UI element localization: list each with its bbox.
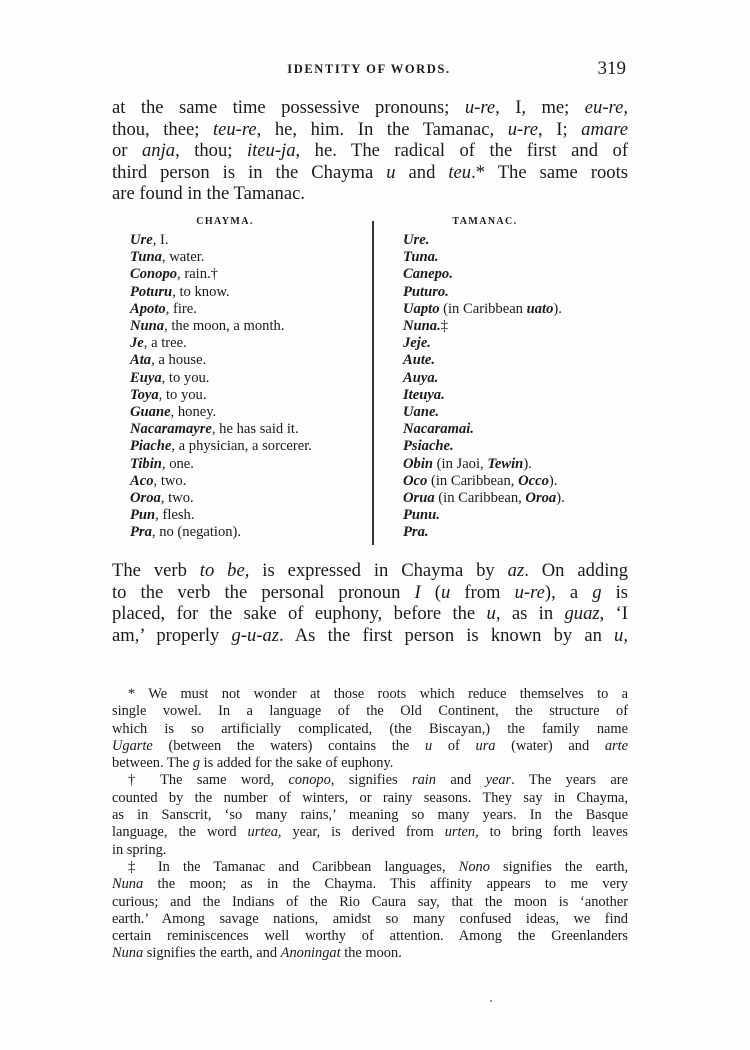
tamanac-word: Nacaramai. [403,421,474,437]
tamanac-word: Uapto [403,301,439,317]
paragraph-pronouns: at the same time possessive pronouns; u-… [112,97,628,205]
tamanac-word: Obin [403,456,433,472]
text-run: † The same word, [128,772,288,788]
italic-term: year [486,772,512,788]
tamanac-word: Ure. [403,232,429,248]
running-head: IDENTITY OF WORDS. [112,62,626,77]
tamanac-entry: Nuna.‡ [400,318,630,335]
text-run: third person is in the Chayma [112,162,386,183]
text-run: , signifies [331,772,412,788]
chayma-entry: Piache, a physician, a sorcerer. [130,438,370,455]
footnote-line: * We must not wonder at those roots whic… [112,686,628,703]
chayma-gloss: , the moon, a month. [164,318,284,334]
chayma-word: Pun [130,507,155,523]
chayma-word: Tibin [130,456,162,472]
italic-term: arte [605,738,628,754]
tamanac-word: Puturo. [403,284,449,300]
tamanac-entry: Uapto (in Caribbean uato). [400,301,630,318]
text-run: , he, him. In the Tamanac, [257,119,508,140]
chayma-word: Poturu [130,284,172,300]
text-run: , as in [496,603,565,624]
text-line: placed, for the sake of euphony, before … [112,603,628,625]
text-run: certain reminiscences well worthy of att… [112,928,628,944]
text-run: (between the waters) contains the [153,738,425,754]
italic-term: g-u-az [231,625,279,646]
text-run: language, the word [112,824,248,840]
footnote-line: as in Sanscrit, ‘so many rains,’ meaning… [112,807,628,824]
italic-term: Nuna [112,945,143,961]
tamanac-note: (in Caribbean, [427,473,518,489]
chayma-entry: Guane, honey. [130,404,370,421]
footnote-line: earth.’ Among savage nations, amidst so … [112,911,628,928]
text-run: , I, me; [495,97,585,118]
tamanac-word: Occo [518,473,549,489]
chayma-word: Piache [130,438,171,454]
footnote-line: curious; and the Indians of the Rio Caur… [112,894,628,911]
word-comparison-table: CHAYMA. Ure, I.Tuna, water.Conopo, rain.… [130,216,620,546]
text-run: as in Sanscrit, ‘so many rains,’ meaning… [112,807,628,823]
text-run: ( [421,582,441,603]
italic-term: conopo [288,772,330,788]
text-run: , is expressed in Chayma by [245,560,508,581]
text-run: in spring. [112,842,166,858]
text-run: , he. The radical of the first and of [296,140,629,161]
text-line: am,’ properly g-u-az. As the first perso… [112,625,628,647]
chayma-entry: Conopo, rain.† [130,266,370,283]
text-run: , to bring forth leaves [475,824,628,840]
italic-term: u [487,603,496,624]
chayma-entry: Nacaramayre, he has said it. [130,421,370,438]
italic-term: Anoningat [281,945,341,961]
text-line: are found in the Tamanac. [112,183,628,205]
italic-term: u [441,582,450,603]
italic-term: g [193,755,200,771]
text-run: .* The same roots [471,162,628,183]
tamanac-word: Auya. [403,370,438,386]
italic-term: ura [476,738,496,754]
chayma-gloss: , a house. [151,352,206,368]
text-run: and [436,772,486,788]
italic-term: u-re [508,119,538,140]
chayma-word: Je [130,335,144,351]
tamanac-entry: Uane. [400,404,630,421]
chayma-entry: Nuna, the moon, a month. [130,318,370,335]
text-run: ), a [545,582,592,603]
tamanac-word: Canepo. [403,266,453,282]
text-run: at the same time possessive pronouns; [112,97,465,118]
italic-term: u [614,625,623,646]
italic-term: Ugarte [112,738,153,754]
chayma-gloss: , to know. [172,284,229,300]
tamanac-entry: Ure. [400,232,630,249]
chayma-entry: Apoto, fire. [130,301,370,318]
text-run: thou, thee; [112,119,213,140]
chayma-gloss: , rain.† [177,266,218,282]
footnote-line: certain reminiscences well worthy of att… [112,928,628,945]
tamanac-note: ‡ [441,318,448,334]
chayma-column-header: CHAYMA. [130,216,320,232]
italic-term: amare [581,119,628,140]
italic-term: urten [445,824,475,840]
tamanac-word: Iteuya. [403,387,445,403]
chayma-word: Nacaramayre [130,421,212,437]
chayma-word: Nuna [130,318,164,334]
text-run: , [623,97,628,118]
chayma-gloss: , flesh. [155,507,194,523]
tamanac-word: Oco [403,473,427,489]
tamanac-entry: Auya. [400,370,630,387]
chayma-entry: Ure, I. [130,232,370,249]
chayma-entry: Je, a tree. [130,335,370,352]
italic-term: urtea [248,824,278,840]
footnote-line: between. The g is added for the sake of … [112,755,628,772]
tamanac-word: Tuna. [403,249,439,265]
text-run: between. The [112,755,193,771]
chayma-gloss: , a physician, a sorcerer. [171,438,312,454]
tamanac-word: Oroa [525,490,556,506]
text-run: from [450,582,514,603]
text-run: to the verb the personal pronoun [112,582,414,603]
italic-term: u-re [515,582,545,603]
chayma-gloss: , two. [154,473,187,489]
tamanac-entry: Aute. [400,352,630,369]
text-line: at the same time possessive pronouns; u-… [112,97,628,119]
tamanac-column-header: TAMANAC. [400,216,570,232]
paragraph-verb-to-be: The verb to be, is expressed in Chayma b… [112,560,628,646]
chayma-gloss: , honey. [171,404,217,420]
footnote-line: in spring. [112,842,628,859]
italic-term: anja [142,140,175,161]
tamanac-word: Tewin [487,456,523,472]
italic-term: Nuna [112,876,143,892]
tamanac-entry: Obin (in Jaoi, Tewin). [400,456,630,473]
text-run: is added for the sake of euphony. [200,755,393,771]
text-run: , year, is derived from [278,824,445,840]
italic-term: az [508,560,525,581]
tamanac-word: Orua [403,490,435,506]
chayma-word: Ure [130,232,153,248]
chayma-word: Apoto [130,301,166,317]
tamanac-note: (in Jaoi, [433,456,487,472]
footnote-line: single vowel. In a language of the Old C… [112,703,628,720]
tamanac-word: uato [527,301,554,317]
tamanac-note: ). [549,473,558,489]
footnote-line: ‡ In the Tamanac and Caribbean languages… [112,859,628,876]
italic-term: u [386,162,395,183]
text-run: ‡ In the Tamanac and Caribbean languages… [128,859,459,875]
tamanac-entry: Canepo. [400,266,630,283]
tamanac-note: (in Caribbean, [435,490,526,506]
text-run: . On adding [524,560,628,581]
text-line: The verb to be, is expressed in Chayma b… [112,560,628,582]
text-run: signifies the earth, [490,859,628,875]
text-run: . The years are [511,772,628,788]
tamanac-word: Nuna. [403,318,441,334]
book-page: IDENTITY OF WORDS. 319 at the same time … [0,0,750,1050]
text-run: the moon; as in the Chayma. This affinit… [143,876,628,892]
tamanac-entry: Jeje. [400,335,630,352]
chayma-entry: Toya, to you. [130,387,370,404]
text-run: (water) and [496,738,605,754]
tamanac-word: Pra. [403,524,429,540]
text-run: are found in the Tamanac. [112,183,305,204]
tamanac-entry: Punu. [400,507,630,524]
tamanac-note: ). [553,301,562,317]
text-run: , [623,625,628,646]
italic-term: guaz [564,603,599,624]
chayma-gloss: , two. [161,490,194,506]
tamanac-entry: Orua (in Caribbean, Oroa). [400,490,630,507]
text-run: single vowel. In a language of the Old C… [112,703,628,719]
text-run: is [602,582,629,603]
chayma-entry: Pun, flesh. [130,507,370,524]
tamanac-word: Punu. [403,507,440,523]
text-line: third person is in the Chayma u and teu.… [112,162,628,184]
chayma-entry: Euya, to you. [130,370,370,387]
chayma-entry: Oroa, two. [130,490,370,507]
chayma-entry: Poturu, to know. [130,284,370,301]
column-divider [372,221,374,545]
tamanac-word: Aute. [403,352,435,368]
chayma-word: Conopo [130,266,177,282]
italic-term: teu [448,162,471,183]
footnote-line: counted by the number of winters, or rai… [112,790,628,807]
text-run: , I; [538,119,581,140]
chayma-word: Euya [130,370,162,386]
text-run: earth.’ Among savage nations, amidst so … [112,911,628,927]
tamanac-word: Jeje. [403,335,431,351]
footnotes: * We must not wonder at those roots whic… [112,686,628,963]
footnote-line: Ugarte (between the waters) contains the… [112,738,628,755]
text-run: curious; and the Indians of the Rio Caur… [112,894,628,910]
tamanac-note: ). [523,456,532,472]
chayma-gloss: , water. [162,249,205,265]
tamanac-entry: Tuna. [400,249,630,266]
chayma-entry: Tuna, water. [130,249,370,266]
chayma-entry: Tibin, one. [130,456,370,473]
tamanac-entry: Puturo. [400,284,630,301]
chayma-column: CHAYMA. Ure, I.Tuna, water.Conopo, rain.… [130,216,370,542]
text-run: , thou; [175,140,247,161]
chayma-word: Toya [130,387,159,403]
italic-term: rain [412,772,436,788]
text-run: which is so artificially complicated, (t… [112,721,628,737]
chayma-gloss: , I. [153,232,169,248]
footnote-line: † The same word, conopo, signifies rain … [112,772,628,789]
italic-term: eu-re [585,97,624,118]
tamanac-word: Psiache. [403,438,454,454]
text-line: to the verb the personal pronoun I (u fr… [112,582,628,604]
chayma-entry: Pra, no (negation). [130,524,370,541]
footnote-line: language, the word urtea, year, is deriv… [112,824,628,841]
text-run: signifies the earth, and [143,945,280,961]
chayma-gloss: , to you. [162,370,210,386]
text-line: or anja, thou; iteu-ja, he. The radical … [112,140,628,162]
chayma-gloss: , no (negation). [152,524,241,540]
italic-term: g [592,582,601,603]
text-run: * We must not wonder at those roots whic… [128,686,628,702]
chayma-word: Aco [130,473,154,489]
chayma-gloss: , fire. [166,301,197,317]
text-run: and [396,162,449,183]
chayma-word: Oroa [130,490,161,506]
page-number: 319 [598,58,627,80]
chayma-entry: Aco, two. [130,473,370,490]
italic-term: to be [200,560,245,581]
text-run: . As the first person is known by an [279,625,614,646]
paper-speck [490,1000,492,1002]
tamanac-column: TAMANAC. Ure.Tuna.Canepo.Puturo.Uapto (i… [400,216,630,542]
italic-term: iteu-ja [247,140,296,161]
tamanac-entry: Nacaramai. [400,421,630,438]
italic-term: teu-re [213,119,257,140]
chayma-entry: Ata, a house. [130,352,370,369]
tamanac-note: (in Caribbean [439,301,526,317]
chayma-word: Pra [130,524,152,540]
text-run: or [112,140,142,161]
footnote-line: Nuna signifies the earth, and Anoningat … [112,945,628,962]
text-run: The verb [112,560,200,581]
text-run: of [432,738,475,754]
footnote-line: Nuna the moon; as in the Chayma. This af… [112,876,628,893]
text-run: , ‘I [600,603,628,624]
tamanac-entry: Iteuya. [400,387,630,404]
chayma-word: Ata [130,352,151,368]
text-run: counted by the number of winters, or rai… [112,790,628,806]
tamanac-entry: Psiache. [400,438,630,455]
tamanac-word: Uane. [403,404,439,420]
text-line: thou, thee; teu-re, he, him. In the Tama… [112,119,628,141]
tamanac-note: ). [556,490,565,506]
text-run: placed, for the sake of euphony, before … [112,603,487,624]
footnote-line: which is so artificially complicated, (t… [112,721,628,738]
tamanac-entry: Pra. [400,524,630,541]
chayma-gloss: , a tree. [144,335,187,351]
chayma-word: Tuna [130,249,162,265]
italic-term: u-re [465,97,495,118]
text-run: am,’ properly [112,625,231,646]
text-run: the moon. [341,945,402,961]
chayma-gloss: , one. [162,456,194,472]
chayma-gloss: , to you. [159,387,207,403]
page-header: IDENTITY OF WORDS. 319 [112,58,626,82]
tamanac-entry: Oco (in Caribbean, Occo). [400,473,630,490]
chayma-word: Guane [130,404,171,420]
chayma-gloss: , he has said it. [212,421,299,437]
italic-term: Nono [459,859,490,875]
